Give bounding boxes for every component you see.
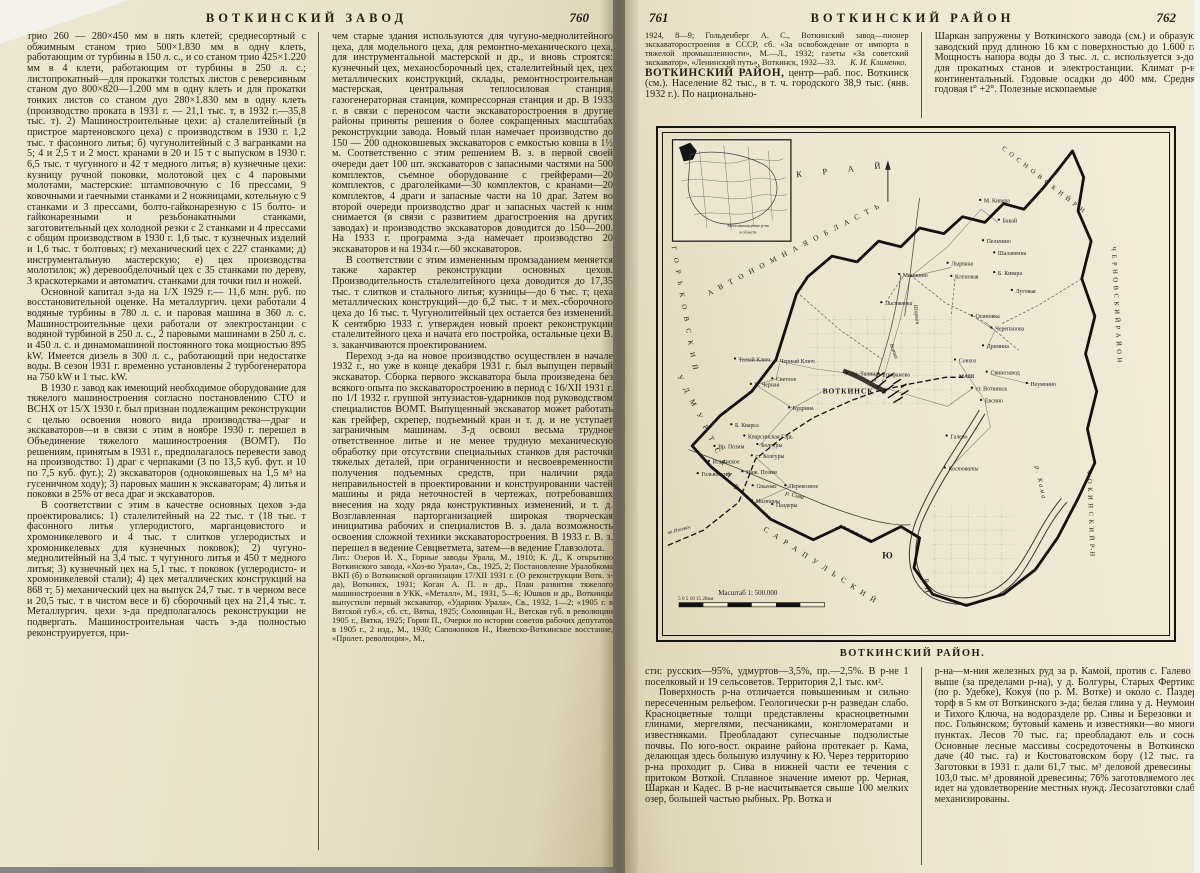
running-title: ВОТКИНСКИЙ ЗАВОД: [206, 11, 407, 26]
settlement-dot: [982, 344, 984, 346]
settlement-dot: [730, 423, 732, 425]
settlement-label: Вх. Талица: [851, 371, 879, 377]
settlement-dot: [775, 359, 777, 361]
settlement-label: В. Черная: [755, 383, 780, 389]
page-number: 760: [569, 10, 589, 26]
text-column: сти: русских—95%, удмуртов—3,5%, пр.—2,5…: [645, 667, 909, 865]
settlement-dot: [971, 387, 973, 389]
paragraph: В соответствии с этим в качестве основны…: [27, 501, 306, 640]
settlement-dot: [971, 314, 973, 316]
settlement-label: ст. Воткинск: [976, 386, 1008, 392]
settlement-dot: [880, 301, 882, 303]
settlement-label: Перевозное: [789, 484, 818, 490]
settlement-label: М. Кивара: [984, 199, 1010, 205]
settlement-label: Шалавенна: [998, 251, 1027, 257]
settlement-label: Гольянский: [701, 471, 730, 478]
settlement-dot: [697, 472, 699, 474]
settlement-label: Свинозавод: [990, 370, 1019, 376]
map-scale-ticks: 5 0 5 10 15 20км: [678, 596, 714, 602]
settlement-label: Галево: [950, 434, 967, 440]
map-label: на Ижевск: [667, 524, 692, 536]
settlement-dot: [708, 460, 710, 462]
settlement-dot: [1011, 289, 1013, 291]
settlement-dot: [898, 273, 900, 275]
settlement-label: Б. Кварса: [735, 423, 759, 429]
map-region-label: Ф О К И Н С К И Й Р-Н: [1085, 470, 1096, 557]
settlement-dot: [752, 484, 754, 486]
settlement-label: Евсино: [985, 399, 1003, 405]
settlement-label: Черепанова: [995, 326, 1024, 332]
settlement-label: Пельчино: [987, 239, 1011, 245]
forest-grid-south: [933, 504, 1015, 592]
settlement-dot: [946, 434, 948, 436]
scale-bar: [679, 603, 824, 607]
map-region-label: Г О Р Ь К О В С К И Й: [670, 246, 700, 373]
page-right: 761 ВОТКИНСКИЙ РАЙОН 762 1924, 8—9; Голь…: [625, 0, 1200, 873]
scan-corner: [0, 0, 130, 44]
settlement-dot: [846, 371, 848, 373]
district-map-frame: Г О Р Ь К О В С К И ЙК Р А ЙА В Т О Н О …: [656, 126, 1176, 642]
settlement-dot: [986, 371, 988, 373]
settlement-label: Костоваты: [947, 466, 978, 472]
paragraph: чем старые здания используются для чугун…: [332, 32, 613, 256]
running-head-right: 761 ВОТКИНСКИЙ РАЙОН 762: [625, 0, 1200, 26]
settlement-dot: [979, 199, 981, 201]
settlement-label: МАШ: [959, 374, 975, 380]
settlement-label: Б. Кивара: [998, 271, 1023, 277]
settlement-dot: [998, 218, 1000, 220]
settlement-label: Кленовая: [955, 275, 979, 281]
settlement-label: Кудрина: [793, 406, 814, 412]
settlement-label: Ольгово: [756, 484, 776, 490]
text-column: Шаркан запружены у Воткинского завода (с…: [921, 32, 1200, 118]
paragraph: В 1930 г. завод как имеющий необходимое …: [27, 384, 306, 501]
map-label: Ю: [882, 551, 893, 561]
settlement-dot: [990, 326, 992, 328]
settlement-label: Листвянка: [884, 301, 912, 307]
map-caption: ВОТКИНСКИЙ РАЙОН.: [625, 648, 1200, 659]
article-title: ВОТКИНСКИЙ РАЙОН,: [645, 67, 785, 79]
settlement-dot: [982, 239, 984, 241]
map-scale-label: Масштаб 1: 500.000: [718, 589, 778, 597]
settlement-dot: [980, 399, 982, 401]
district-map: Г О Р Ь К О В С К И ЙК Р А ЙА В Т О Н О …: [666, 136, 1162, 628]
settlement-label: ВОТКИНСК: [823, 386, 874, 395]
settlement-label: Луговая: [1016, 289, 1036, 295]
page-number: 761: [649, 10, 669, 26]
map-region-label: Ч Е Р Н О В С К И Й Р А Й О Н: [1110, 246, 1124, 363]
text-column: р-на—м-ния железных руд за р. Камой, про…: [921, 667, 1200, 865]
settlement-label: Мишкино: [903, 273, 928, 279]
map-region-label: К Р А Й: [796, 159, 890, 179]
map-region-label: Р-Н: [921, 578, 932, 594]
text-column: чем старые здания используются для чугун…: [318, 32, 613, 850]
paragraph: сти: русских—95%, удмуртов—3,5%, пр.—2,5…: [645, 667, 909, 688]
settlement-label: Талый Ключ: [739, 356, 770, 363]
paragraph: Основной капитал з-да на 1/X 1929 г.— 11…: [27, 288, 306, 384]
settlement-label: Ниж. Позим: [746, 470, 777, 476]
settlement-label: Дремина: [987, 344, 1009, 350]
settlement-label: Совхоз: [959, 358, 977, 364]
paragraph: р-на—м-ния железных руд за р. Камой, про…: [935, 667, 1200, 806]
page-number: 762: [1157, 10, 1177, 26]
paragraph: Шаркан запружены у Воткинского завода (с…: [935, 32, 1200, 96]
settlement-dot: [946, 262, 948, 264]
settlement-dot: [993, 251, 995, 253]
settlement-dot: [944, 466, 946, 468]
scan-edge: [1194, 0, 1200, 873]
paragraph: Переход з-да на новое производство осуще…: [332, 352, 613, 554]
settlement-dot: [734, 357, 736, 359]
settlement-dot: [1026, 382, 1028, 384]
bibliography: Лит.: Озеров И. X., Горные заводы Урала,…: [332, 554, 613, 644]
settlement-dot: [713, 445, 715, 447]
running-title: ВОТКИНСКИЙ РАЙОН: [811, 11, 1015, 26]
settlement-label: Епифанова: [882, 371, 910, 378]
text-column: трио 260 — 280×450 мм в пять клетей; сре…: [27, 32, 306, 850]
settlement-dot: [751, 454, 753, 456]
paragraph: Поверхность р-на отличается повышенным и…: [645, 688, 909, 805]
settlement-label: Вр. Позим: [718, 445, 744, 451]
settlement-label: Болгуры: [761, 443, 782, 449]
settlement-label: Неумоино: [1031, 382, 1056, 388]
text-column: 1924, 8—9; Гольденберг А. С., Воткинский…: [645, 32, 909, 118]
settlement-dot: [751, 499, 753, 501]
paragraph: Лит.: Озеров И. X., Горные заводы Урала,…: [332, 554, 613, 644]
paragraph: В соответствии с этим измененным промзад…: [332, 256, 613, 352]
settlement-label: Лырвана: [951, 262, 973, 268]
settlement-label: Паздеры: [776, 503, 798, 509]
settlement-dot: [771, 377, 773, 379]
river-label: р. Кама: [1033, 464, 1047, 500]
river-label: р. Сива: [784, 491, 805, 502]
paragraph: трио 260 — 280×450 мм в пять клетей; сре…: [27, 32, 306, 288]
settlement-dot: [771, 503, 773, 505]
sharkan-river: [905, 198, 920, 316]
inset-caption: Местонахождение р-на: [727, 223, 768, 228]
book-scan: 759 ВОТКИНСКИЙ ЗАВОД 760 трио 260 — 280×…: [0, 0, 1200, 873]
settlement-label: Черный Ключ: [780, 358, 815, 365]
settlement-dot: [954, 358, 956, 360]
settlement-dot: [950, 275, 952, 277]
settlement-label: Бакай: [1003, 217, 1017, 224]
settlement-dot: [750, 383, 752, 385]
settlement-label: Осиновка: [976, 314, 1001, 320]
settlement-dot: [743, 434, 745, 436]
inset-caption: в области: [740, 230, 758, 235]
settlement-label: Кварсинская Гарь: [748, 434, 793, 440]
settlement-label: Ильинское: [713, 460, 740, 466]
settlement-dot: [756, 443, 758, 445]
settlement-dot: [741, 470, 743, 472]
settlement-label: ст. Болгуры: [756, 454, 785, 460]
article-start: ВОТКИНСКИЙ РАЙОН, центр—раб. пос. Воткин…: [645, 68, 909, 101]
page-left: 759 ВОТКИНСКИЙ ЗАВОД 760 трио 260 — 280×…: [0, 0, 613, 867]
settlement-dot: [788, 406, 790, 408]
settlement-dot: [993, 271, 995, 273]
settlement-dot: [877, 372, 879, 374]
settlement-dot: [784, 484, 786, 486]
